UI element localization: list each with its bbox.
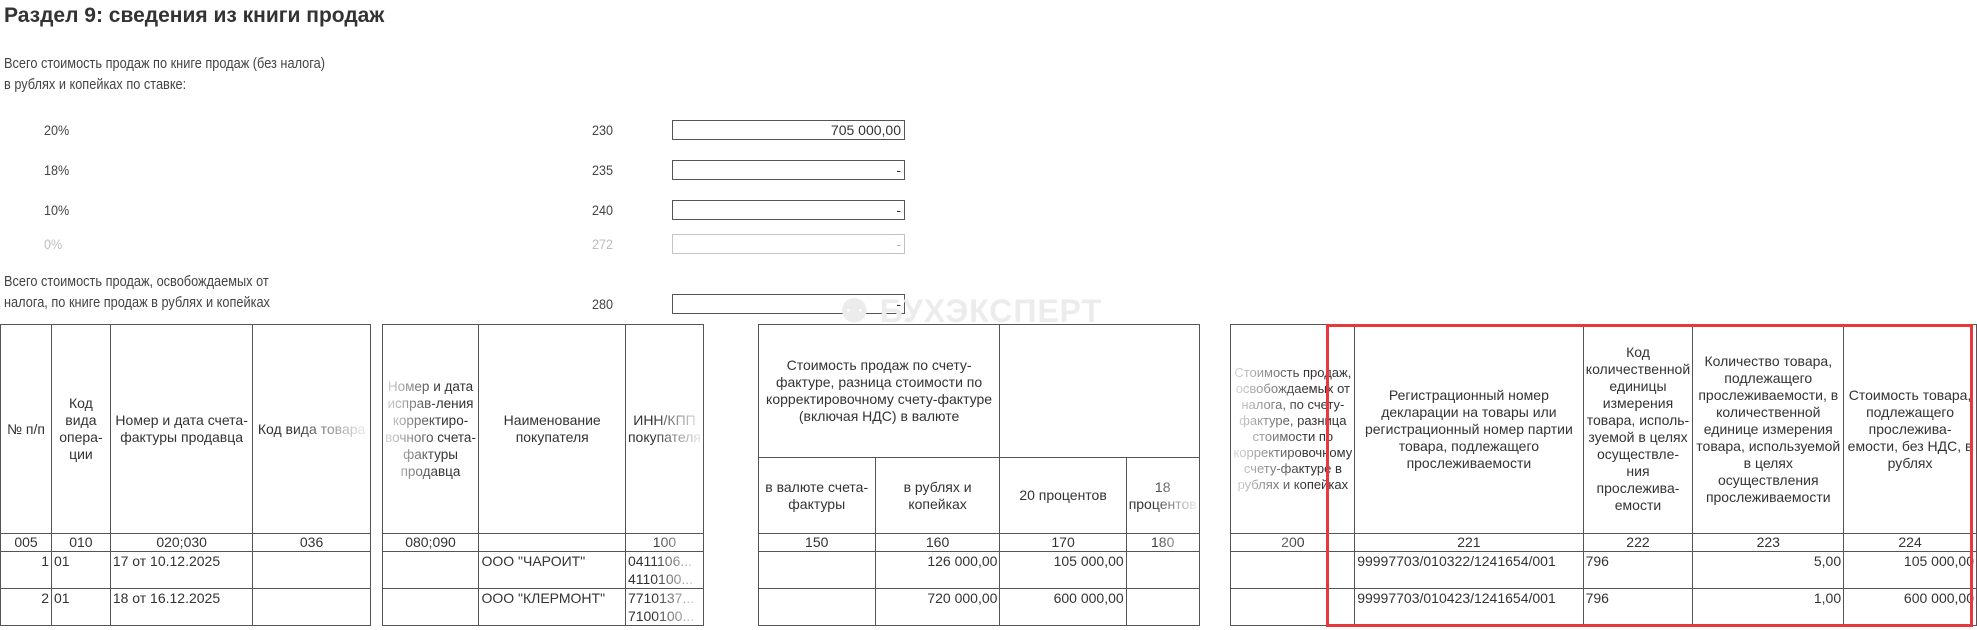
- sales-book-table: № п/п Код вида опера-ции Номер и дата сч…: [0, 324, 1977, 626]
- cell-exempt: [1231, 552, 1355, 589]
- code-cell: 221: [1355, 534, 1583, 552]
- rate-label: 18%: [44, 162, 69, 178]
- cell-unit: 796: [1583, 589, 1693, 626]
- rate-value-field[interactable]: -: [672, 200, 905, 220]
- rate-value-field[interactable]: -: [672, 160, 905, 180]
- code-cell: 180: [1126, 534, 1199, 552]
- header-cost-group: Стоимость продаж по счету-фактуре, разни…: [758, 325, 1000, 458]
- code-cell: 150: [758, 534, 875, 552]
- cell-op: 01: [52, 589, 111, 626]
- code-cell: 100: [625, 534, 703, 552]
- gap: [370, 325, 382, 626]
- header-correction: Номер и дата исправ-ления корректиро-воч…: [382, 325, 479, 534]
- header-in-currency: в валюте счета-фактуры: [758, 458, 875, 534]
- intro-line-1: Всего стоимость продаж по книге продаж (…: [4, 54, 325, 75]
- exempt-line-1: Всего стоимость продаж, освобождаемых от: [4, 272, 270, 293]
- line-code: 280: [592, 296, 613, 312]
- rate-row-18: 18% 235 -: [0, 160, 910, 182]
- cell-num: 1: [1, 552, 52, 589]
- header-p18: 18 процентов: [1126, 458, 1199, 534]
- rate-row-10: 10% 240 -: [0, 200, 910, 222]
- cell-goods: [253, 589, 370, 626]
- cell-cost: 105 000,00: [1844, 552, 1977, 589]
- code-cell: 200: [1231, 534, 1355, 552]
- header-goods-code: Код вида товара: [253, 325, 370, 534]
- header-invoice: Номер и дата счета-фактуры продавца: [110, 325, 253, 534]
- cell-qty: 1,00: [1693, 589, 1844, 626]
- gap: [704, 325, 759, 626]
- cell-invoice: 17 от 10.12.2025: [110, 552, 253, 589]
- code-cell: 005: [1, 534, 52, 552]
- cell-op: 01: [52, 552, 111, 589]
- rate-value-field[interactable]: -: [672, 234, 905, 254]
- header-p20: 20 процентов: [1000, 458, 1126, 534]
- rate-label: 0%: [44, 236, 62, 252]
- rate-row-20: 20% 230 705 000,00: [0, 120, 910, 142]
- cell-exempt: [1231, 589, 1355, 626]
- line-code: 235: [592, 162, 613, 178]
- cell-reg-num: 99997703/010322/1241654/001: [1355, 552, 1583, 589]
- gap: [1199, 325, 1231, 626]
- header-num: № п/п: [1, 325, 52, 534]
- header-cost-traced: Стоимость товара, подлежащего прослежива…: [1844, 325, 1977, 534]
- line-code: 230: [592, 122, 613, 138]
- cell-cost: 600 000,00: [1844, 589, 1977, 626]
- rate-row-0: 0% 272 -: [0, 234, 910, 256]
- cell-num: 2: [1, 589, 52, 626]
- line-code: 272: [592, 236, 613, 252]
- cell-cur: [758, 552, 875, 589]
- code-cell: 222: [1583, 534, 1693, 552]
- rate-label: 10%: [44, 202, 69, 218]
- code-cell: 223: [1693, 534, 1844, 552]
- header-buyer: Наименование покупателя: [479, 325, 625, 534]
- header-op-code: Код вида опера-ции: [52, 325, 111, 534]
- cell-buyer: ООО "ЧАРОИТ": [479, 552, 625, 589]
- rate-label: 20%: [44, 122, 69, 138]
- cell-p18: [1126, 552, 1199, 589]
- table-row: 1 01 17 от 10.12.2025 ООО "ЧАРОИТ" 04111…: [1, 552, 1977, 589]
- cell-reg-num: 99997703/010423/1241654/001: [1355, 589, 1583, 626]
- cell-qty: 5,00: [1693, 552, 1844, 589]
- code-cell: 036: [253, 534, 370, 552]
- cell-buyer: ООО "КЛЕРМОНТ": [479, 589, 625, 626]
- code-cell: 224: [1844, 534, 1977, 552]
- cell-corr: [382, 552, 479, 589]
- line-code: 240: [592, 202, 613, 218]
- code-cell: 160: [875, 534, 1000, 552]
- cell-inn: 0411106...4110100...: [625, 552, 703, 589]
- code-cell: 080;090: [382, 534, 479, 552]
- header-qty: Количество товара, подлежащего прослежив…: [1693, 325, 1844, 534]
- cell-p18: [1126, 589, 1199, 626]
- code-cell: 170: [1000, 534, 1126, 552]
- column-codes-row: 005 010 020;030 036 080;090 100 150 160 …: [1, 534, 1977, 552]
- cell-rub: 720 000,00: [875, 589, 1000, 626]
- header-vat-group: [1000, 325, 1199, 458]
- header-unit-code: Код количественной единицы измерения тов…: [1583, 325, 1693, 534]
- cell-p20: 600 000,00: [1000, 589, 1126, 626]
- code-cell: 020;030: [110, 534, 253, 552]
- cell-corr: [382, 589, 479, 626]
- header-in-rub: в рублях и копейках: [875, 458, 1000, 534]
- header-exempt: Стоимость продаж, освобождаемых от налог…: [1231, 325, 1355, 534]
- exempt-row: 280 -: [0, 294, 910, 316]
- sales-total-label: Всего стоимость продаж по книге продаж (…: [4, 54, 325, 96]
- header-reg-num: Регистрационный номер декларации на това…: [1355, 325, 1583, 534]
- code-cell: [479, 534, 625, 552]
- code-cell: 010: [52, 534, 111, 552]
- page-title: Раздел 9: сведения из книги продаж: [4, 4, 384, 28]
- cell-rub: 126 000,00: [875, 552, 1000, 589]
- cell-p20: 105 000,00: [1000, 552, 1126, 589]
- cell-invoice: 18 от 16.12.2025: [110, 589, 253, 626]
- cell-cur: [758, 589, 875, 626]
- header-inn: ИНН/КПП покупателя: [625, 325, 703, 534]
- cell-unit: 796: [1583, 552, 1693, 589]
- cell-inn: 7710137...7100100...: [625, 589, 703, 626]
- intro-line-2: в рублях и копейках по ставке:: [4, 75, 325, 96]
- rate-value-field[interactable]: 705 000,00: [672, 120, 905, 140]
- table-row: 2 01 18 от 16.12.2025 ООО "КЛЕРМОНТ" 771…: [1, 589, 1977, 626]
- cell-goods: [253, 552, 370, 589]
